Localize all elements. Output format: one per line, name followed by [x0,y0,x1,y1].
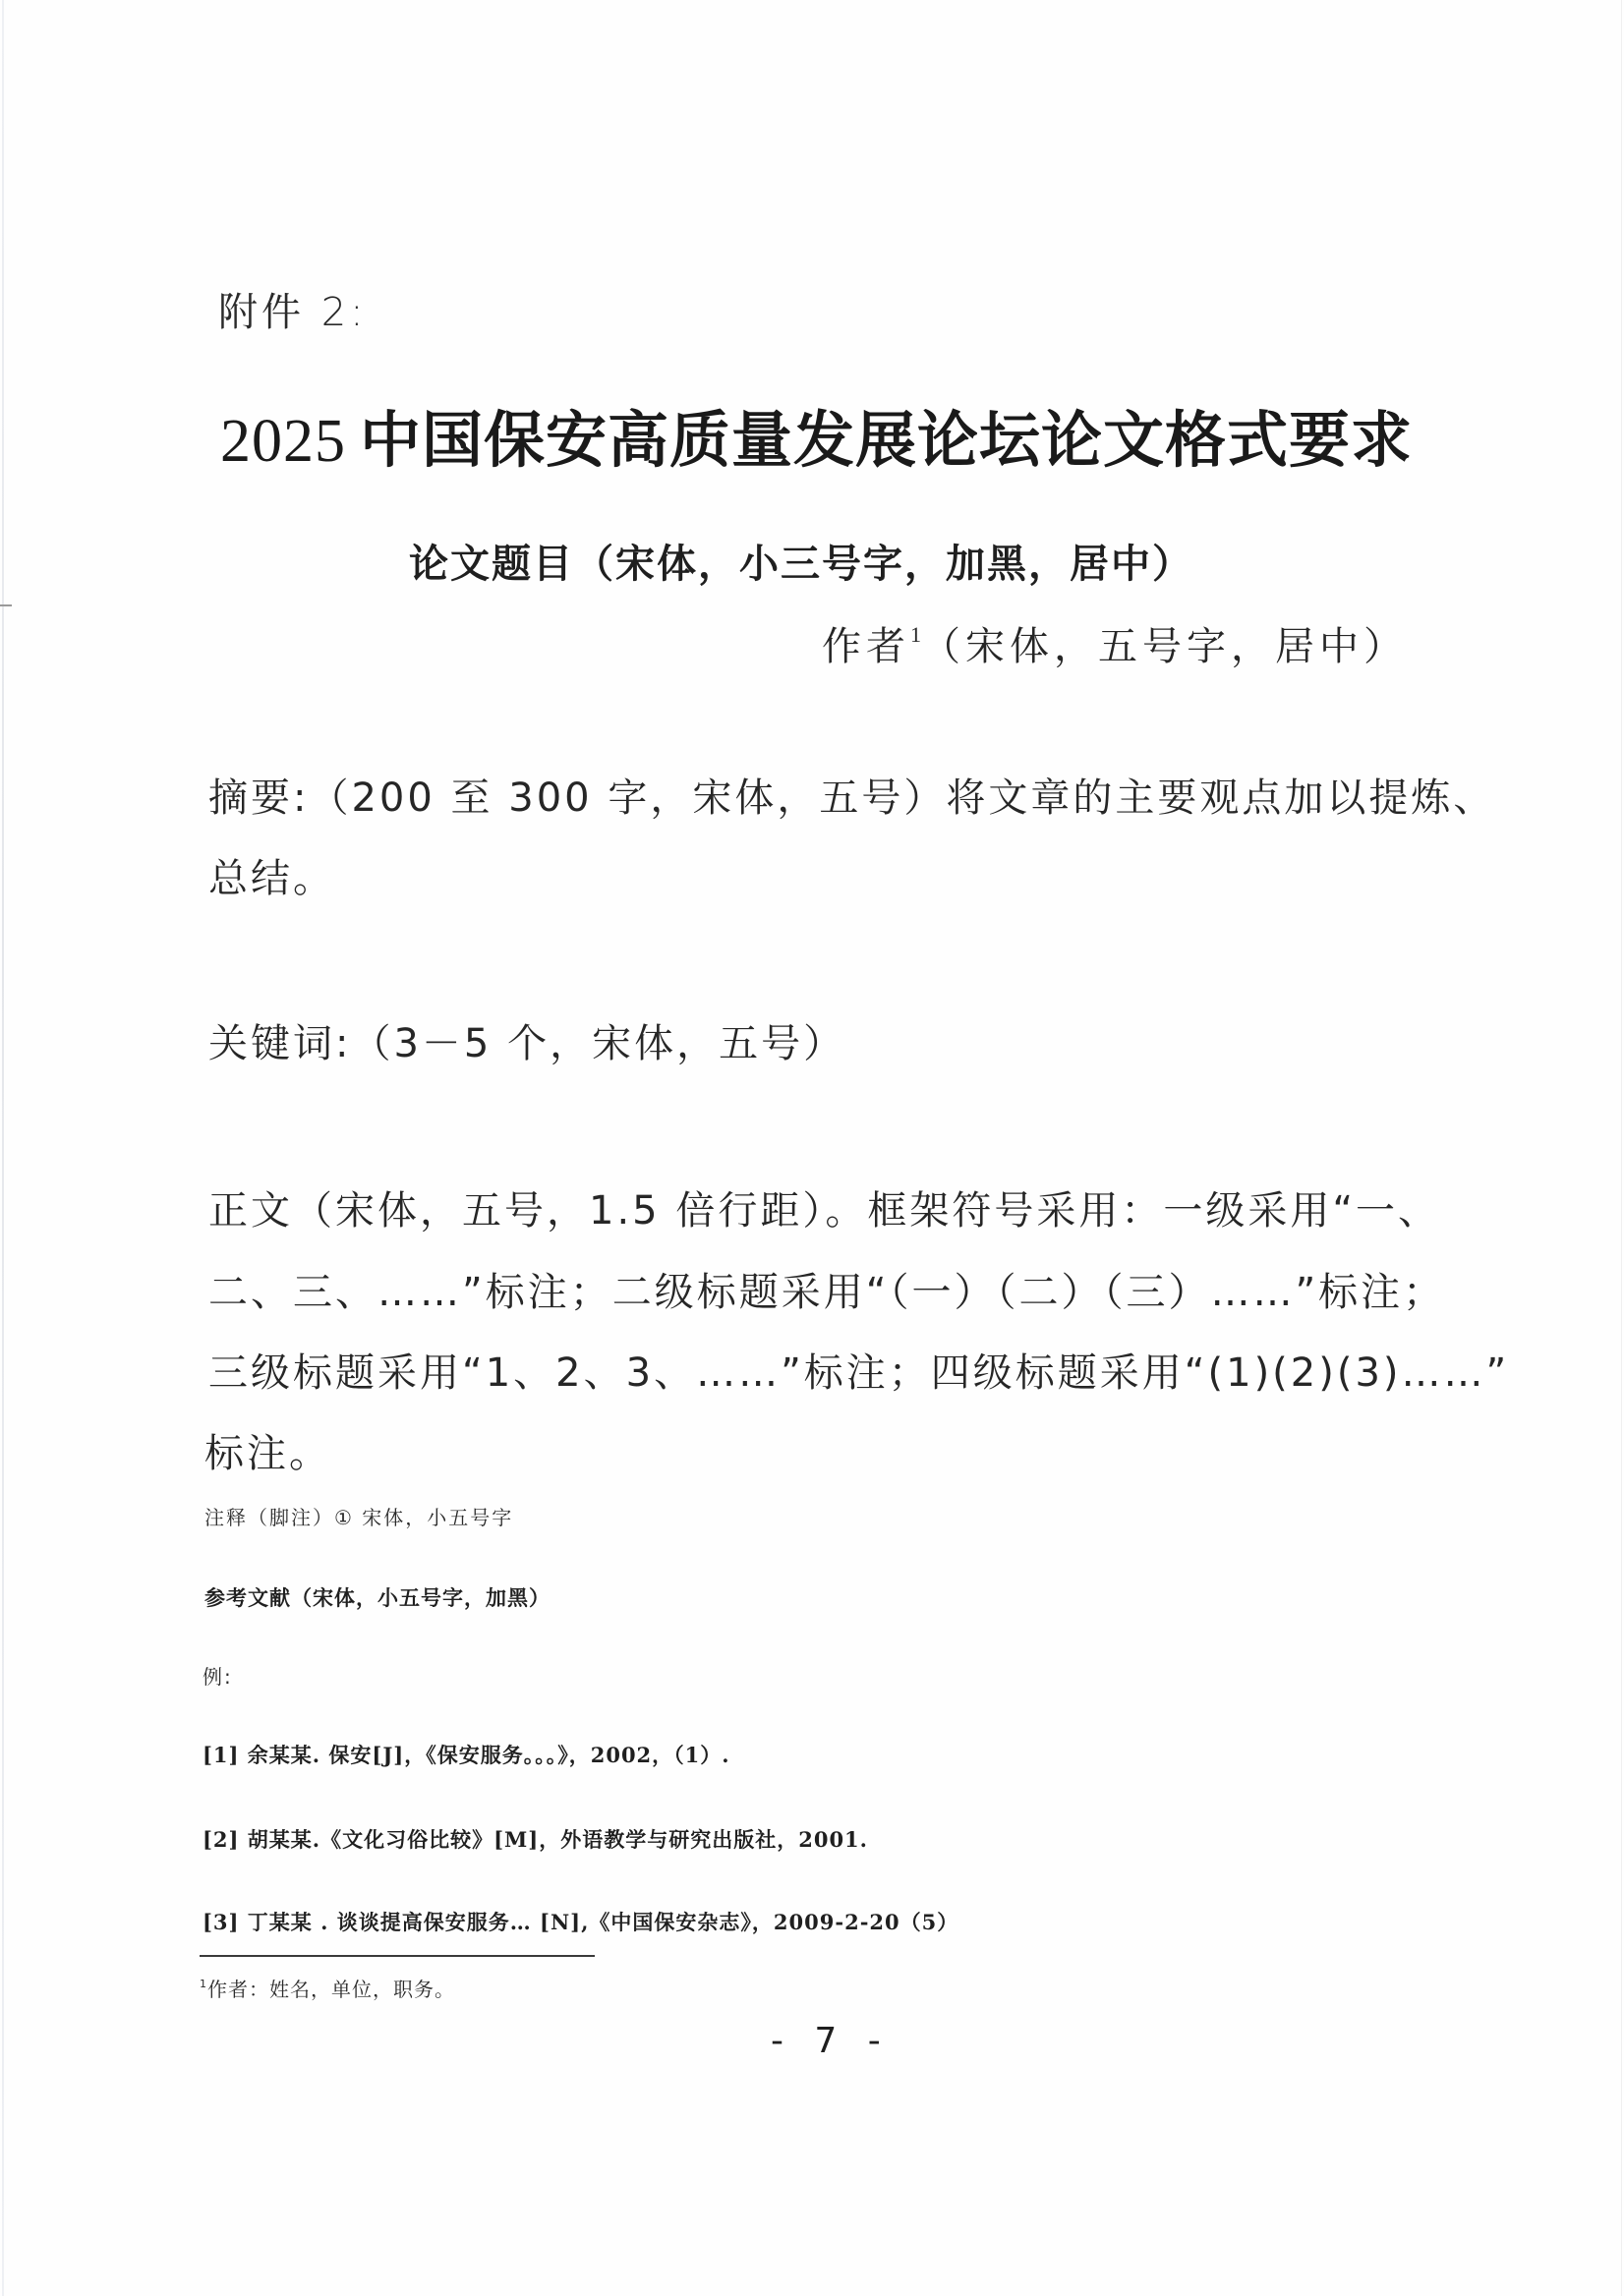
attachment-label: 附件 2: [218,281,368,337]
abstract-line-2: 总结。 [208,847,335,903]
references-heading: 参考文献（宋体，小五号字，加黑） [204,1582,551,1612]
author-label: 作者 [822,624,910,669]
footnote-format-note: 注释（脚注）① 宋体，小五号字 [204,1502,513,1530]
paper-title-spec: 论文题目（宋体，小三号字，加黑，居中） [409,533,1193,589]
scan-edge-right [1621,0,1622,2296]
document-title: 2025中国保安高质量发展论坛论文格式要求 [220,391,1413,479]
reference-item: [2] 胡某某.《文化习俗比较》[M]，外语教学与研究出版社，2001. [203,1824,868,1854]
main-text-line-1: 正文（宋体，五号，1.5 倍行距）。框架符号采用：一级采用“一、 [208,1179,1440,1235]
document-page: 附件 2: 2025中国保安高质量发展论坛论文格式要求 论文题目（宋体，小三号字… [0,0,1624,2296]
main-text-line-2: 二、三、……”标注；二级标题采用“（一）（二）（三）……”标注； [208,1261,1445,1317]
author-footnote-marker: 1 [910,622,921,647]
footnote-text: 作者：姓名，单位，职务。 [207,1978,455,2001]
main-text-line-4: 标注。 [204,1422,331,1478]
keywords-spec: 关键词:（3－5 个，宋体，五号） [208,1012,845,1068]
footnote-marker: 1 [200,1978,207,1990]
scan-mark [0,604,12,606]
document-title-text: 中国保安高质量发展论坛论文格式要求 [360,404,1413,476]
footnote-separator [200,1955,595,1957]
reference-item: [3] 丁某某 . 谈谈提高保安服务… [N],《中国保安杂志》，2009-2-… [203,1907,958,1936]
author-format: （宋体，五号字，居中） [921,624,1408,669]
abstract-line-1: 摘要:（200 至 300 字，宋体，五号）将文章的主要观点加以提炼、 [208,767,1495,823]
page-number: - 7 - [771,2021,891,2061]
main-text-line-3: 三级标题采用“1、2、3、……”标注；四级标题采用“(1)(2)(3)……” [208,1342,1509,1398]
scan-edge-left [2,0,4,2296]
footnote: 1作者：姓名，单位，职务。 [200,1974,455,2002]
author-spec: 作者1（宋体，五号字，居中） [822,615,1408,671]
document-title-year: 2025 [220,408,346,475]
reference-item: [1] 余某某. 保安[J]，《保安服务。。。》，2002，（1）. [203,1740,730,1769]
example-label: 例: [203,1661,233,1690]
